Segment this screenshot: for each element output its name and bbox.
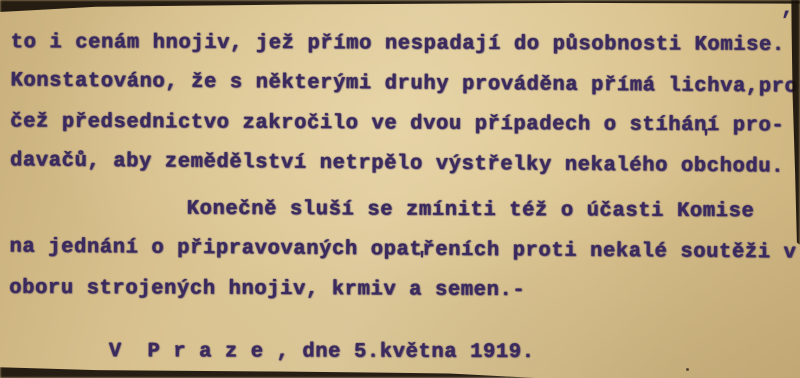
typewritten-line: čež předsednictvo zakročilo ve dvou příp…: [10, 105, 799, 149]
typewritten-line: oboru strojených hnojiv, krmiv a semen.-: [9, 272, 798, 315]
paper-sheet: to i cenám hnojiv, jež přímo nespadají d…: [0, 0, 800, 378]
typewritten-text-block: to i cenám hnojiv, jež přímo nespadají d…: [0, 0, 800, 378]
typewritten-line: na jednání o připravovaných opatřeních p…: [9, 231, 798, 277]
typewritten-line-indented: Konečně sluší se zmíniti též o účasti Ko…: [187, 193, 799, 236]
ink-speck: ': [416, 250, 428, 273]
ink-speck: [686, 368, 689, 371]
typewritten-line: Konstatováno, že s některými druhy prová…: [10, 64, 799, 110]
ink-speck: ': [700, 128, 712, 151]
dateline: V P r a z e , dne 5.května 1919.: [109, 335, 798, 376]
scanned-document-photo: to i cenám hnojiv, jež přímo nespadají d…: [0, 0, 800, 378]
typewritten-line: davačů, aby zemědělství netrpělo výstřel…: [10, 144, 799, 190]
typewritten-line: to i cenám hnojiv, jež přímo nespadají d…: [11, 26, 800, 69]
